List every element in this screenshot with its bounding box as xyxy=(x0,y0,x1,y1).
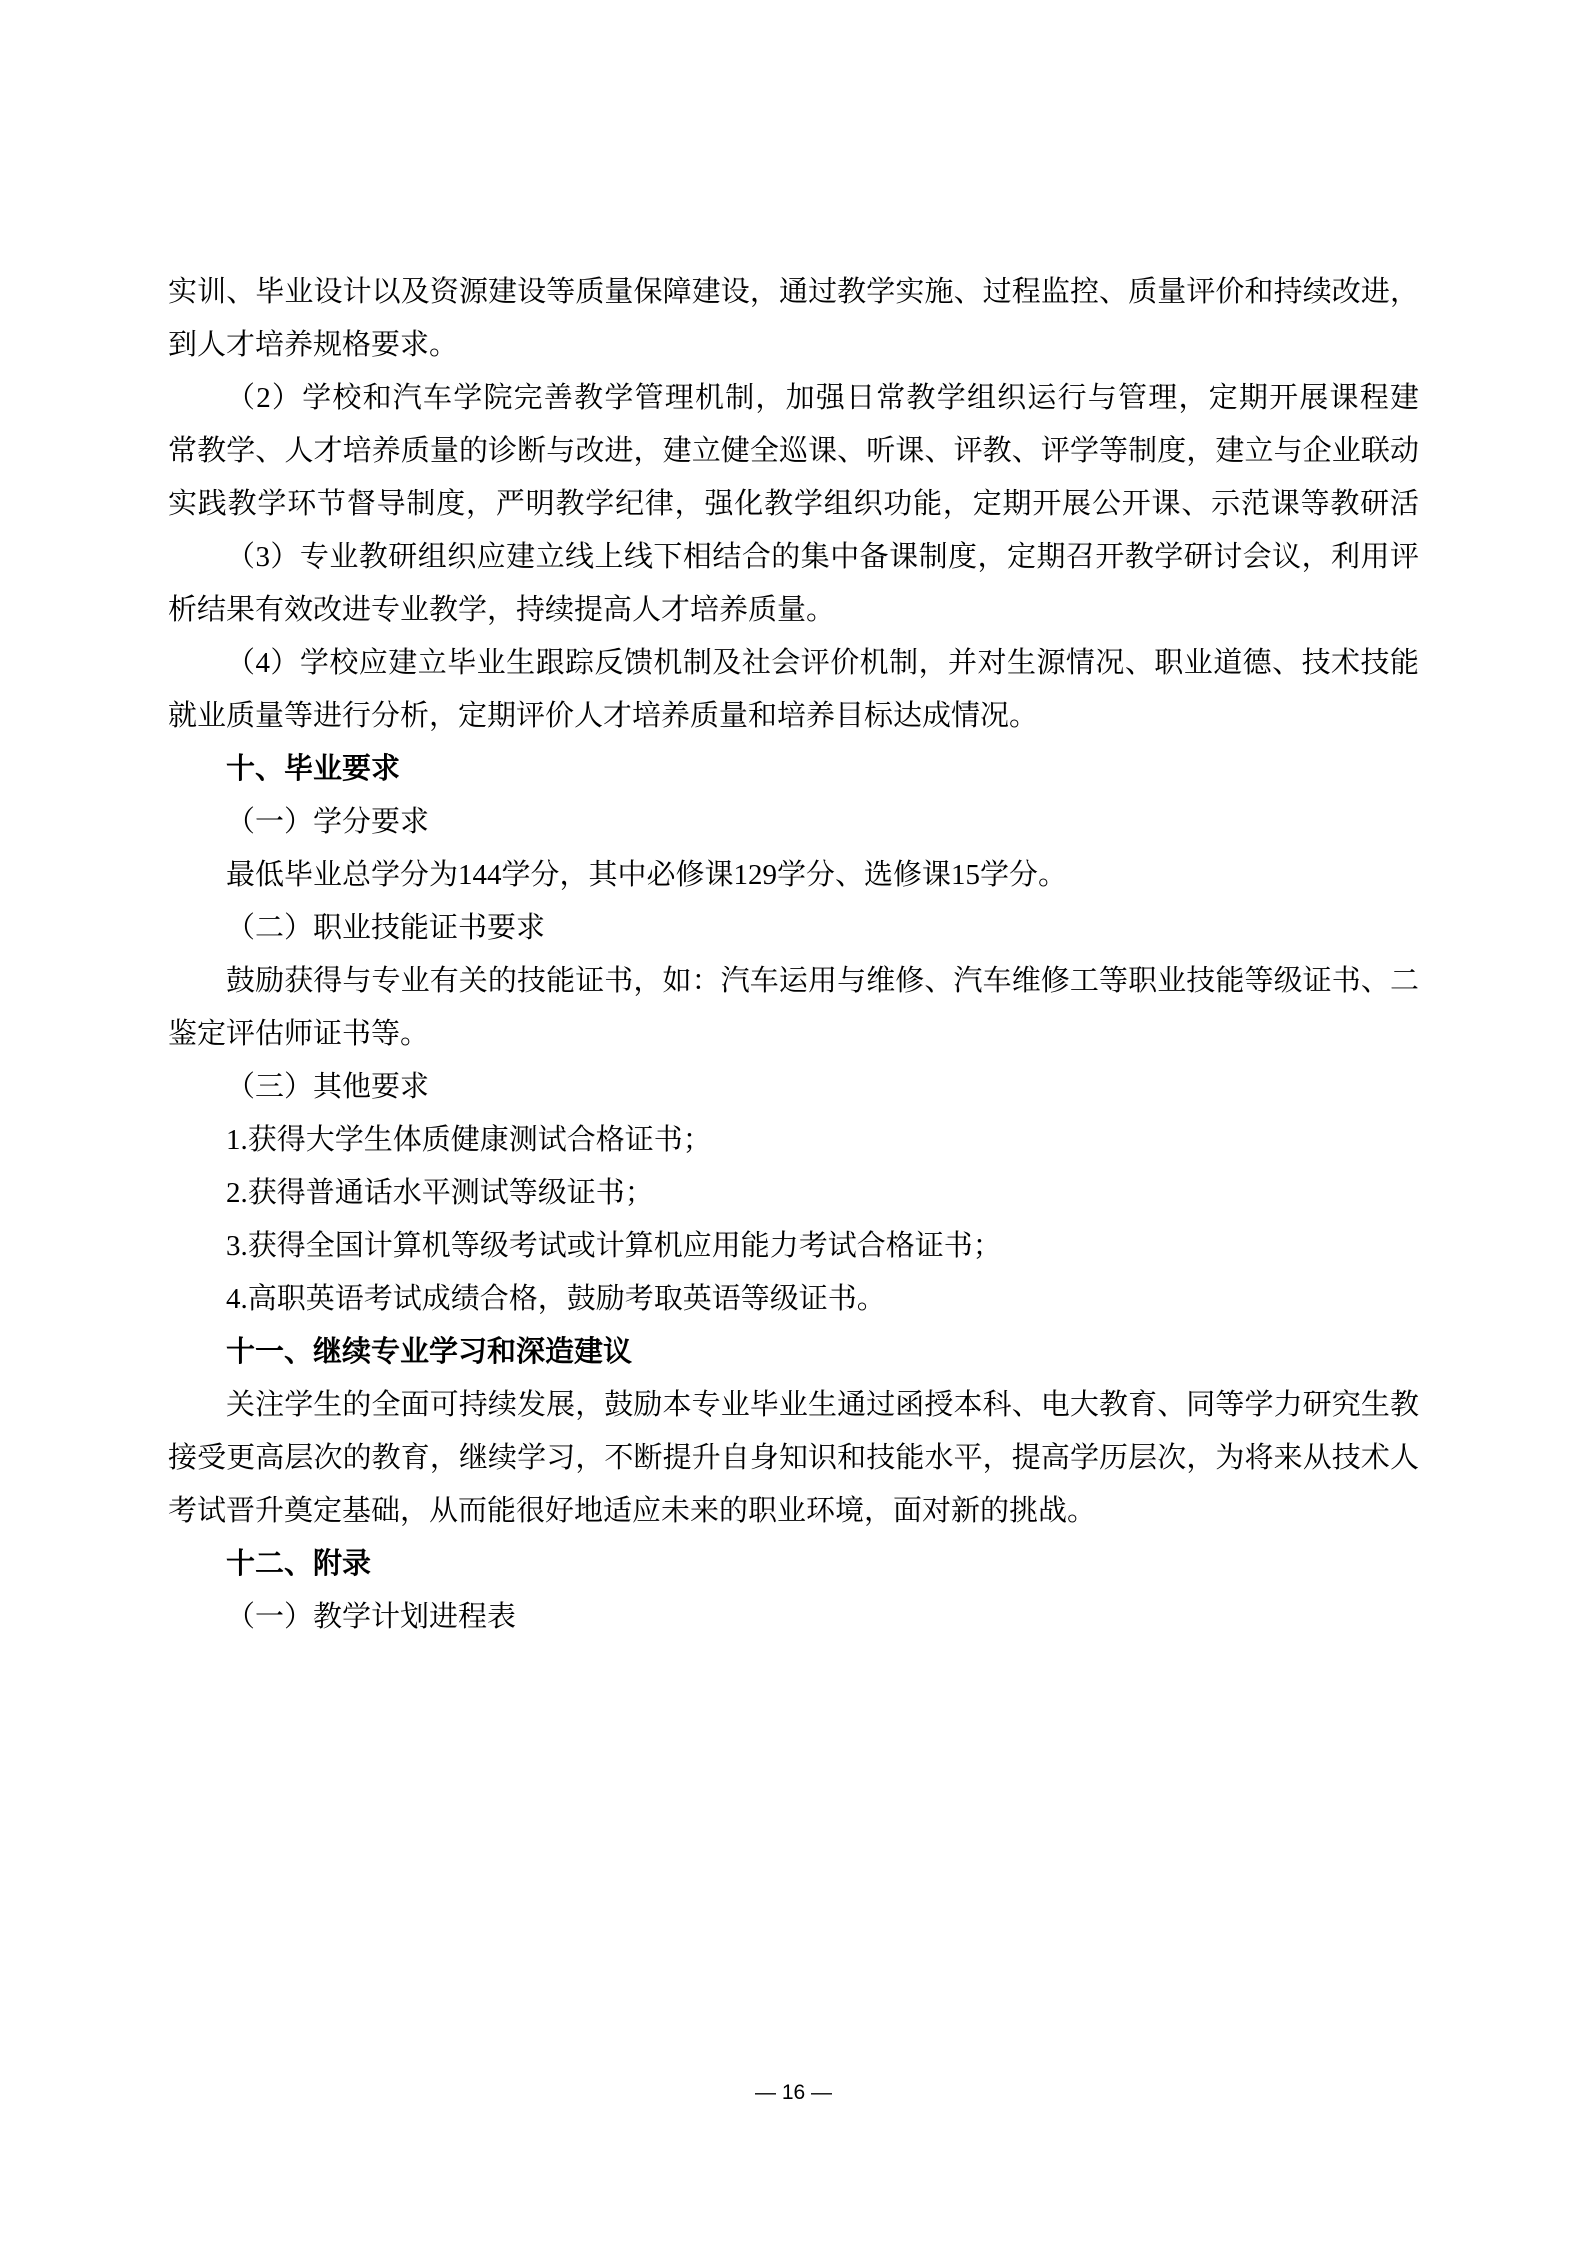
list-item: 3.获得全国计算机等级考试或计算机应用能力考试合格证书； xyxy=(168,1220,1419,1273)
subheading-credit-requirements: （一）学分要求 xyxy=(168,796,1419,849)
heading-graduation-requirements: 十、毕业要求 xyxy=(168,743,1419,796)
document-page: 实训、毕业设计以及资源建设等质量保障建设，通过教学实施、过程监控、质量评价和持续… xyxy=(0,0,1587,2245)
subheading-certificate-requirements: （二）职业技能证书要求 xyxy=(168,902,1419,955)
heading-appendix: 十二、附录 xyxy=(168,1538,1419,1591)
paragraph-line: （4）学校应建立毕业生跟踪反馈机制及社会评价机制，并对生源情况、职业道德、技术技… xyxy=(168,637,1419,690)
paragraph-line: 析结果有效改进专业教学，持续提高人才培养质量。 xyxy=(168,584,1419,637)
list-item: 4.高职英语考试成绩合格，鼓励考取英语等级证书。 xyxy=(168,1273,1419,1326)
subheading-other-requirements: （三）其他要求 xyxy=(168,1061,1419,1114)
paragraph-line: 实训、毕业设计以及资源建设等质量保障建设，通过教学实施、过程监控、质量评价和持续… xyxy=(168,266,1419,319)
paragraph-line: 常教学、人才培养质量的诊断与改进，建立健全巡课、听课、评教、评学等制度，建立与企… xyxy=(168,425,1419,478)
paragraph-line: 接受更高层次的教育，继续学习，不断提升自身知识和技能水平，提高学历层次，为将来从… xyxy=(168,1432,1419,1485)
paragraph-line: （2）学校和汽车学院完善教学管理机制，加强日常教学组织运行与管理，定期开展课程建… xyxy=(168,372,1419,425)
paragraph-line: 鉴定评估师证书等。 xyxy=(168,1008,1419,1061)
paragraph-line: 实践教学环节督导制度，严明教学纪律，强化教学组织功能，定期开展公开课、示范课等教… xyxy=(168,478,1419,531)
document-body: 实训、毕业设计以及资源建设等质量保障建设，通过教学实施、过程监控、质量评价和持续… xyxy=(168,266,1419,1644)
paragraph-line: 考试晋升奠定基础，从而能很好地适应未来的职业环境，面对新的挑战。 xyxy=(168,1485,1419,1538)
paragraph-line: 最低毕业总学分为144学分，其中必修课129学分、选修课15学分。 xyxy=(168,849,1419,902)
paragraph-line: 关注学生的全面可持续发展，鼓励本专业毕业生通过函授本科、电大教育、同等学力研究生… xyxy=(168,1379,1419,1432)
paragraph-line: 就业质量等进行分析，定期评价人才培养质量和培养目标达成情况。 xyxy=(168,690,1419,743)
subheading-teaching-plan-table: （一）教学计划进程表 xyxy=(168,1591,1419,1644)
list-item: 1.获得大学生体质健康测试合格证书； xyxy=(168,1114,1419,1167)
list-item: 2.获得普通话水平测试等级证书； xyxy=(168,1167,1419,1220)
paragraph-line: 到人才培养规格要求。 xyxy=(168,319,1419,372)
page-number: — 16 — xyxy=(0,2080,1587,2106)
paragraph-line: （3）专业教研组织应建立线上线下相结合的集中备课制度，定期召开教学研讨会议，利用… xyxy=(168,531,1419,584)
heading-continuing-study: 十一、继续专业学习和深造建议 xyxy=(168,1326,1419,1379)
paragraph-line: 鼓励获得与专业有关的技能证书，如：汽车运用与维修、汽车维修工等职业技能等级证书、… xyxy=(168,955,1419,1008)
